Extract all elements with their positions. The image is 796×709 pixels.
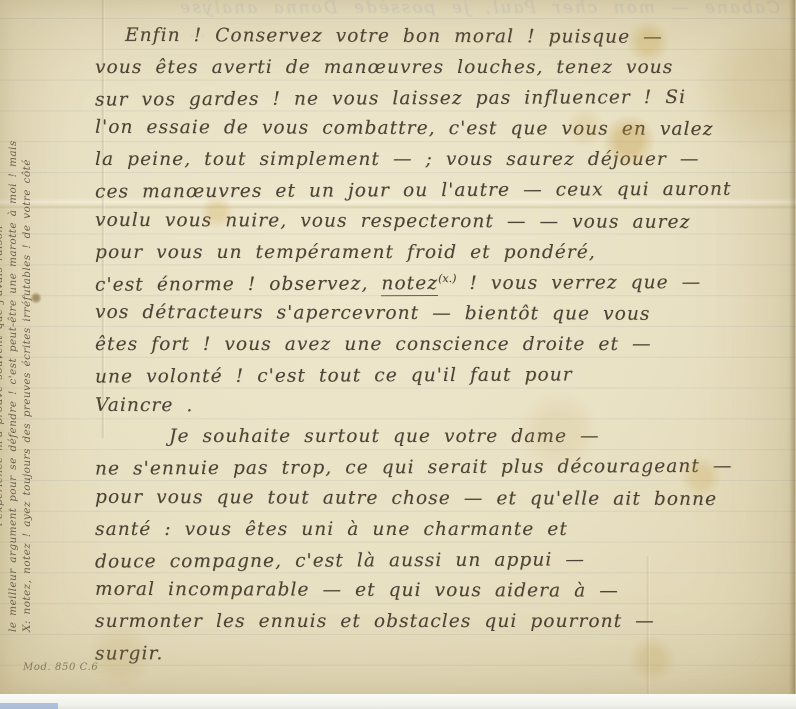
letter-line: pour vous un tempérament froid et pondér… [95, 242, 785, 273]
letter-body-text: Enfin ! Conservez votre bon moral ! puis… [95, 26, 785, 673]
scanned-letter-image: Cabane — mon cher Paul, je possède Donna… [0, 0, 796, 709]
letter-line: douce compagne, c'est là aussi un appui … [95, 548, 785, 582]
letter-line-text: c'est énorme ! observez, [95, 274, 382, 296]
paper-right-edge-shadow [789, 0, 795, 694]
scanner-blue-sliver [0, 703, 58, 709]
letter-line: Enfin ! Conservez votre bon moral ! puis… [95, 25, 785, 58]
letter-line: Vaincre . [95, 394, 785, 427]
stationery-model-print-mark: Mod. 850 C.6 [23, 662, 98, 673]
ink-bleedthrough-line: Cabane — mon cher Paul, je possède Donna… [60, 0, 780, 18]
letter-line: ces manœuvres et un jour ou l'autre — ce… [95, 178, 785, 212]
letter-line: sur vos gardes ! ne vous laissez pas inf… [95, 86, 785, 120]
letter-line: la peine, tout simplement — ; vous saure… [95, 149, 785, 180]
letter-line: santé : vous êtes uni à une charmante et [95, 519, 785, 550]
letter-line: une volonté ! c'est tout ce qu'il faut p… [95, 363, 785, 397]
underlined-word-notez: notez [381, 274, 438, 297]
letter-line: surgir. [95, 640, 785, 674]
letter-line: ne s'ennuie pas trop, ce qui serait plus… [95, 456, 785, 490]
letter-line: vos détracteurs s'apercevront — bientôt … [95, 302, 785, 335]
rotated-margin-annotation: X: notez, notez ! ayez toujours des preu… [0, 0, 60, 694]
letter-line: voulu vous nuire, vous respecteront — — … [95, 210, 785, 243]
letter-line: surmonter les ennuis et obstacles qui po… [95, 611, 785, 642]
letter-line: pour vous que tout autre chose — et qu'e… [95, 487, 785, 520]
letter-line-text: ! vous verrez que — [456, 272, 701, 294]
margin-note-line: le meilleur argument pour se défendre ! … [7, 140, 19, 632]
letter-line: vous êtes averti de manœuvres louches, t… [95, 57, 785, 88]
letter-line: moral incomparable — et qui vous aidera … [95, 579, 785, 612]
letter-line-with-annotation: c'est énorme ! observez, notez(x.) ! vou… [95, 271, 785, 305]
scanner-background-strip [0, 694, 796, 709]
margin-note-line: X: notez, notez ! ayez toujours des preu… [21, 159, 33, 632]
superscript-x-marker: (x.) [438, 272, 456, 285]
letter-line: Je souhaite surtout que votre dame — [95, 426, 785, 457]
letter-paper-sheet: Cabane — mon cher Paul, je possède Donna… [0, 0, 796, 694]
letter-line: l'on essaie de vous combattre, c'est que… [95, 117, 785, 150]
letter-line: êtes fort ! vous avez une conscience dro… [95, 334, 785, 365]
margin-note-line: l'expérience m'a prouvé souvent que j'av… [0, 225, 5, 526]
